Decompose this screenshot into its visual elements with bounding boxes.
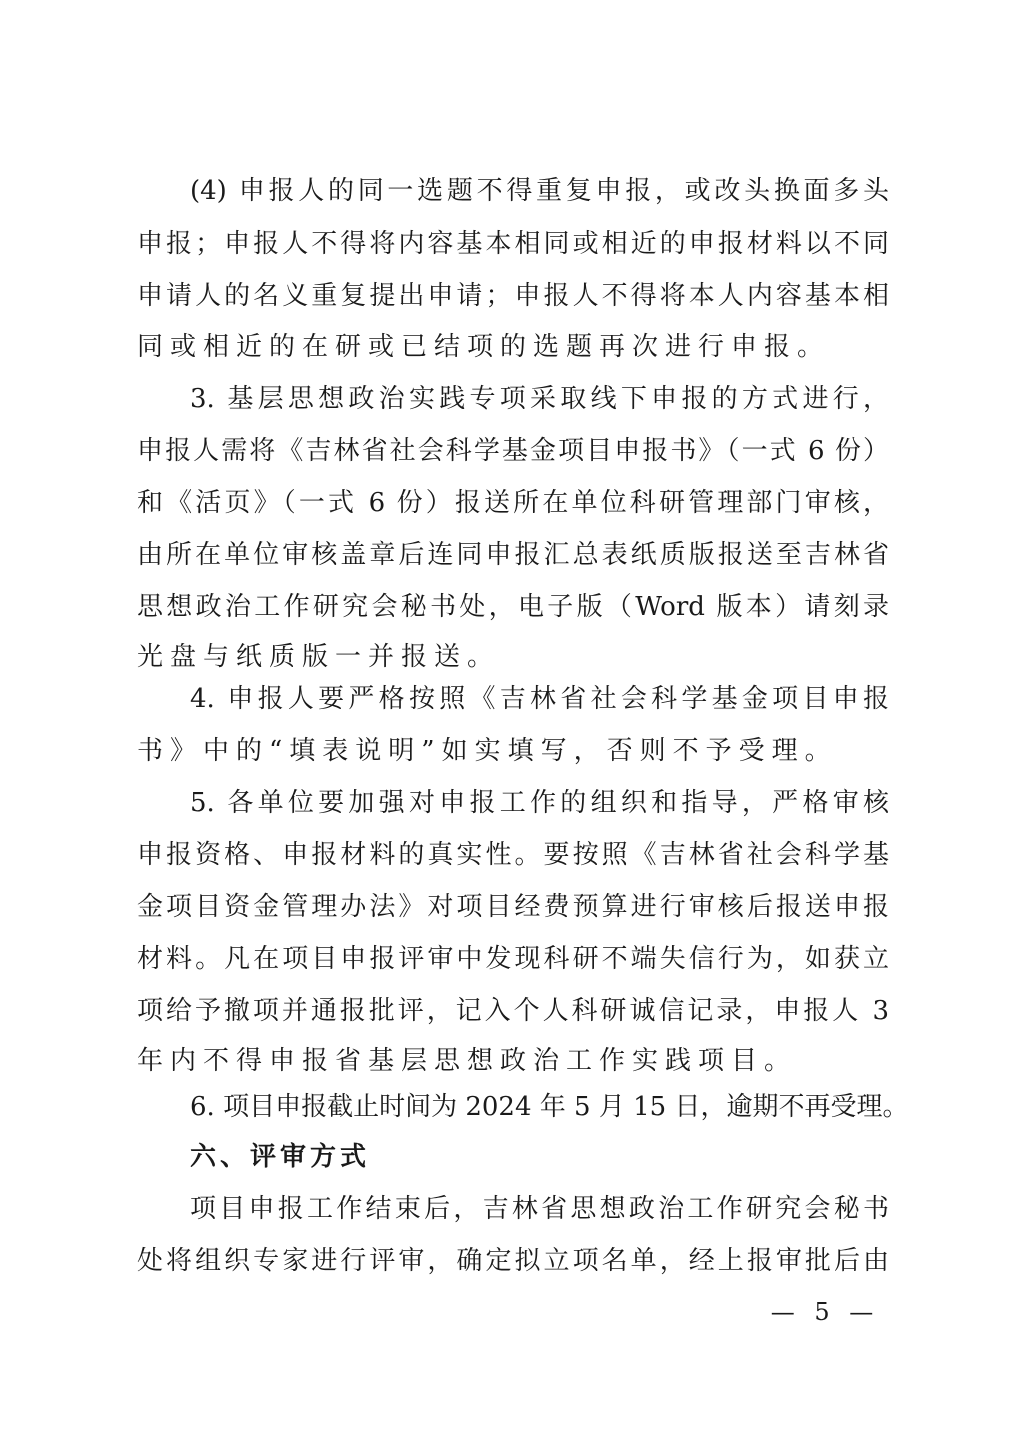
paragraph-line: 材料。凡在项目申报评审中发现科研不端失信行为，如获立 — [137, 939, 889, 979]
paragraph-line: 思想政治工作研究会秘书处，电子版（Word 版本）请刻录 — [137, 587, 889, 627]
paragraph-line: 项目申报工作结束后，吉林省思想政治工作研究会秘书 — [190, 1189, 889, 1229]
paragraph-line: 金项目资金管理办法》对项目经费预算进行审核后报送申报 — [137, 887, 889, 927]
paragraph-line: 6. 项目申报截止时间为 2024 年 5 月 15 日，逾期不再受理。 — [190, 1087, 889, 1127]
paragraph-line: 和《活页》（一式 6 份）报送所在单位科研管理部门审核， — [137, 483, 889, 523]
document-page: (4) 申报人的同一选题不得重复申报，或改头换面多头 申报；申报人不得将内容基本… — [0, 0, 1024, 1448]
paragraph-line: 3. 基层思想政治实践专项采取线下申报的方式进行， — [190, 379, 889, 419]
paragraph-line: 申请人的名义重复提出申请；申报人不得将本人内容基本相 — [137, 276, 889, 316]
paragraph-line: 年内不得申报省基层思想政治工作实践项目。 — [137, 1041, 889, 1081]
paragraph-line: 4. 申报人要严格按照《吉林省社会科学基金项目申报 — [190, 679, 889, 719]
paragraph-line: 同或相近的在研或已结项的选题再次进行申报。 — [137, 327, 889, 367]
paragraph-line: 申报人需将《吉林省社会科学基金项目申报书》（一式 6 份） — [137, 431, 889, 471]
paragraph-line: 申报资格、申报材料的真实性。要按照《吉林省社会科学基 — [137, 835, 889, 875]
paragraph-line: (4) 申报人的同一选题不得重复申报，或改头换面多头 — [190, 171, 889, 211]
paragraph-line: 书》中的“填表说明”如实填写，否则不予受理。 — [137, 731, 889, 771]
page-number: — 5 — — [770, 1295, 880, 1329]
paragraph-line: 项给予撤项并通报批评，记入个人科研诚信记录，申报人 3 — [137, 991, 889, 1031]
paragraph-line: 光盘与纸质版一并报送。 — [137, 637, 889, 677]
paragraph-line: 申报；申报人不得将内容基本相同或相近的申报材料以不同 — [137, 224, 889, 264]
paragraph-line: 5. 各单位要加强对申报工作的组织和指导，严格审核 — [190, 783, 889, 823]
section-heading: 六、评审方式 — [190, 1137, 889, 1177]
paragraph-line: 处将组织专家进行评审，确定拟立项名单，经上报审批后由 — [137, 1241, 889, 1281]
paragraph-line: 由所在单位审核盖章后连同申报汇总表纸质版报送至吉林省 — [137, 535, 889, 575]
